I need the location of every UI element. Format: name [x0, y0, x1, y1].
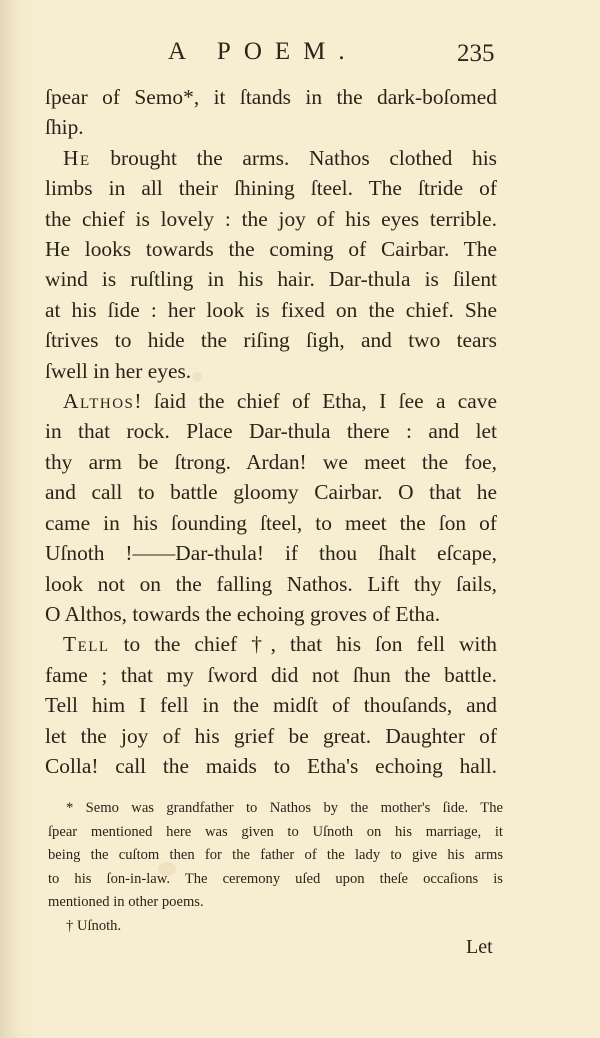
footnote-line: mentioned in other poems. — [48, 891, 503, 915]
small-caps-word: Tell — [63, 632, 110, 656]
text-line: look not on the falling Nathos. Lift thy… — [45, 569, 497, 599]
text-line: ! ſaid the chief of Etha, I ſee a cave — [134, 389, 497, 413]
text-line: Colla! call the maids to Etha's echoing … — [45, 751, 497, 781]
footnote-line: ſpear mentioned here was given to Uſnoth… — [48, 821, 503, 845]
running-head: A POEM. 235 — [0, 38, 600, 72]
paragraph-start: Tell to the chief †, that his ſon fell w… — [45, 629, 497, 659]
footnotes: * Semo was grandfather to Nathos by the … — [48, 797, 503, 938]
text-line: came in his ſounding ſteel, to meet the … — [45, 508, 497, 538]
text-line: to the chief †, that his ſon fell with — [124, 632, 497, 656]
text-line: limbs in all their ſhining ſteel. The ſt… — [45, 173, 497, 203]
footnote-line: * Semo was grandfather to Nathos by the … — [48, 797, 503, 821]
small-caps-word: He — [63, 146, 91, 170]
text-line: at his ſide : her look is fixed on the c… — [45, 295, 497, 325]
text-line: let the joy of his grief be great. Daugh… — [45, 721, 497, 751]
book-page: A POEM. 235 ſpear of Semo*, it ſtands in… — [0, 0, 600, 1038]
text-line: ſpear of Semo*, it ſtands in the dark-bo… — [45, 82, 497, 112]
page-number: 235 — [457, 40, 495, 68]
text-line: O Althos, towards the echoing groves of … — [45, 599, 497, 629]
small-caps-word: Althos — [63, 389, 134, 413]
catchword: Let — [466, 936, 493, 959]
text-line: Tell him I fell in the midſt of thouſand… — [45, 690, 497, 720]
text-line: the chief is lovely : the joy of his eye… — [45, 204, 497, 234]
text-line: wind is ruſtling in his hair. Dar-thula … — [45, 264, 497, 294]
text-line: brought the arms. Nathos clothed his — [110, 146, 497, 170]
body-text: ſpear of Semo*, it ſtands in the dark-bo… — [45, 82, 497, 781]
text-line: ſtrives to hide the riſing ſigh, and two… — [45, 325, 497, 355]
paragraph-start: Althos! ſaid the chief of Etha, I ſee a … — [45, 386, 497, 416]
text-line: in that rock. Place Dar-thula there : an… — [45, 416, 497, 446]
text-line: ſhip. — [45, 112, 497, 142]
footnote-line: being the cuſtom then for the father of … — [48, 844, 503, 868]
text-line: ſwell in her eyes. — [45, 356, 497, 386]
text-line: He looks towards the coming of Cairbar. … — [45, 234, 497, 264]
running-title: A POEM. — [168, 38, 358, 66]
text-line: Uſnoth !——Dar-thula! if thou ſhalt eſcap… — [45, 538, 497, 568]
footnote-line: to his ſon-in-law. The ceremony uſed upo… — [48, 868, 503, 892]
text-line: fame ; that my ſword did not ſhun the ba… — [45, 660, 497, 690]
text-line: and call to battle gloomy Cairbar. O tha… — [45, 477, 497, 507]
paragraph-start: He brought the arms. Nathos clothed his — [45, 143, 497, 173]
text-line: thy arm be ſtrong. Ardan! we meet the fo… — [45, 447, 497, 477]
footnote-line: † Uſnoth. — [48, 915, 503, 939]
